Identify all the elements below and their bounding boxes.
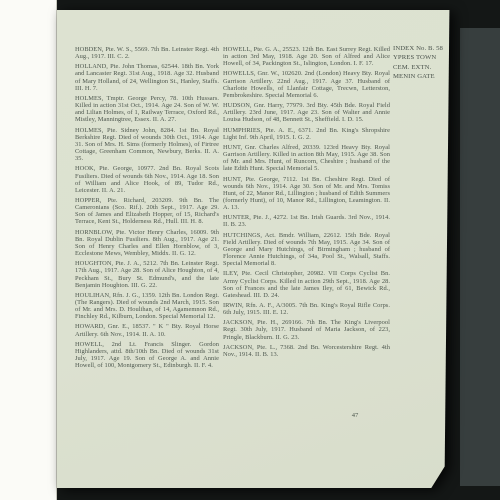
memorial-name: MENIN GATE: [393, 72, 453, 81]
register-entry: IRWIN, Rfn. A. F., A/3005. 7th Bn. King'…: [223, 302, 390, 316]
index-reference-block: INDEX No. B. 58 YPRES TOWN CEM. EXTN. ME…: [393, 44, 453, 82]
register-entry: HUNTER, Pte. J., 4272. 1st Bn. Irish Gua…: [223, 214, 390, 228]
left-column: HOBDEN, Pte. W. S., 5569. 7th Bn. Leinst…: [75, 46, 219, 372]
register-entry: HUMPHRIES, Pte. A. E., 6371. 2nd Bn. Kin…: [223, 127, 390, 141]
register-entry: ILEY, Pte. Cecil Christopher, 20982. VII…: [223, 270, 390, 299]
page-number: 47: [347, 412, 363, 419]
cemetery-name-line1: YPRES TOWN: [393, 53, 453, 62]
register-entry: HUDSON, Gnr. Harry, 77979. 3rd Bty. 45th…: [223, 102, 390, 123]
scanned-register-photo: INDEX No. B. 58 YPRES TOWN CEM. EXTN. ME…: [0, 0, 500, 500]
register-page: INDEX No. B. 58 YPRES TOWN CEM. EXTN. ME…: [57, 10, 451, 488]
register-entry: HOULIHAN, Rfn. J. G., 1359. 12th Bn. Lon…: [75, 292, 219, 321]
register-entry: HOOK, Pte. George, 10977. 2nd Bn. Royal …: [75, 165, 219, 194]
right-column: HOWELL, Pte. G. A., 25523. 12th Bn. East…: [223, 46, 390, 361]
register-entry: HOUGHTON, Pte. J. A., 5212. 7th Bn. Lein…: [75, 260, 219, 289]
register-entry: HOBDEN, Pte. W. S., 5569. 7th Bn. Leinst…: [75, 46, 219, 60]
register-entry: JACKSON, Pte. L., 7368. 2nd Bn. Worceste…: [223, 344, 390, 358]
register-entry: HOWELL, 2nd Lt. Francis Slinger. Gordon …: [75, 341, 219, 370]
register-entry: HUNT, Pte. George, 7112. 1st Bn. Cheshir…: [223, 176, 390, 212]
register-entry: HOPPER, Pte. Richard, 203209. 9th Bn. Th…: [75, 197, 219, 226]
register-entry: HOWELL, Pte. G. A., 25523. 12th Bn. East…: [223, 46, 390, 67]
book-cover-panel: [460, 28, 500, 486]
register-entry: HUNT, Gnr. Charles Alfred, 20339. 123rd …: [223, 144, 390, 173]
register-entry: HOWARD, Gnr. E., 18537. " K " Bty. Royal…: [75, 323, 219, 337]
register-entry: HOLLAND, Pte. John Thomas, 62544. 18th B…: [75, 63, 219, 92]
cemetery-name-line2: CEM. EXTN.: [393, 63, 453, 72]
register-entry: HOLMES, Pte. Sidney John, 8284. 1st Bn. …: [75, 127, 219, 163]
register-entry: JACKSON, Pte. H., 269166. 7th Bn. The Ki…: [223, 319, 390, 340]
index-number: INDEX No. B. 58: [393, 44, 453, 53]
register-entry: HOLMES, Tmptr. George Percy, 78. 10th Hu…: [75, 95, 219, 124]
scan-edge-strip: [0, 0, 57, 500]
register-entry: HUTCHINGS, Act. Bmdr. William, 22612. 15…: [223, 232, 390, 268]
register-entry: HOWELLS, Gnr. W., 102620. 2nd (London) H…: [223, 70, 390, 99]
register-entry: HORNBLOW, Pte. Victor Henry Charles, 160…: [75, 229, 219, 258]
